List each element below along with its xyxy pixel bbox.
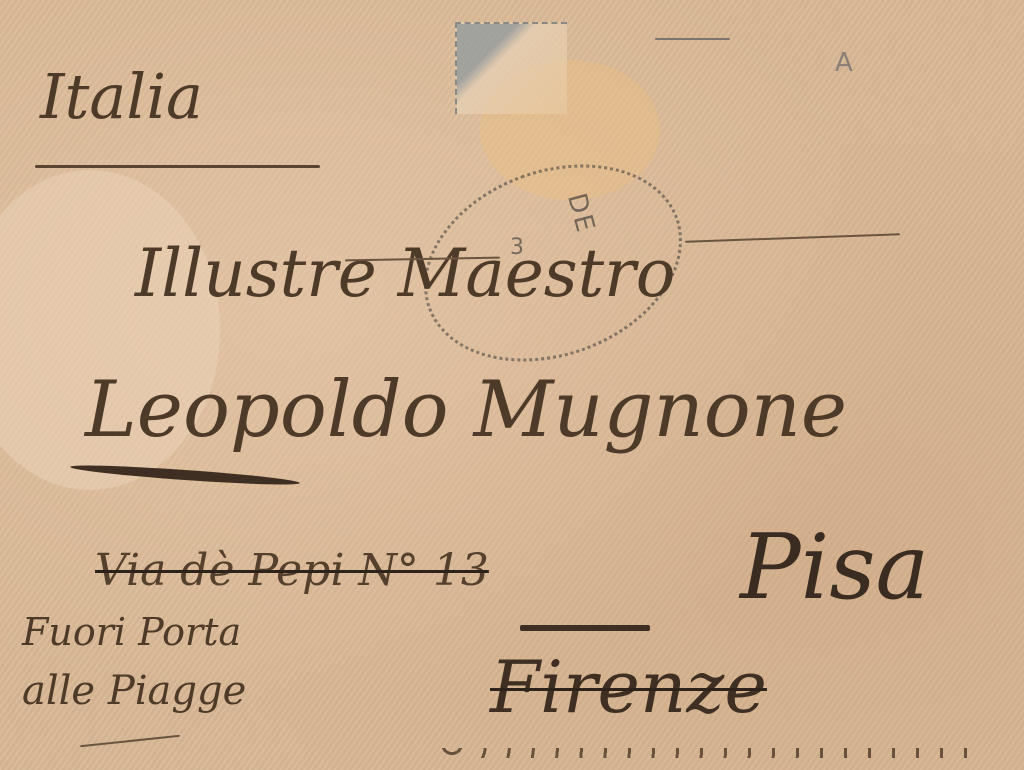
redirect-street-1: Fuori Porta [22,610,241,654]
redirect-city: Pisa [740,515,929,620]
envelope: DE 3 A Italia Illustre Maestro Leopoldo … [0,0,1024,770]
title-flourish [685,233,900,243]
pencil-dash [655,38,730,40]
redirect-street-2: alle Piagge [22,668,246,714]
city-underline-wavy [440,748,980,758]
addressee-title: Illustre Maestro [135,235,675,312]
pencil-mark: A [835,48,853,78]
street-struck: Via dè Pepi N° 13 [95,545,489,596]
addressee-name: Leopoldo Mugnone [85,365,847,455]
country-line: Italia [40,60,203,133]
city-bar [520,625,650,631]
torn-stamp-remnant [455,22,567,114]
street-underline [80,735,180,747]
city-struck: Firenze [490,645,767,729]
country-underline [35,165,320,168]
